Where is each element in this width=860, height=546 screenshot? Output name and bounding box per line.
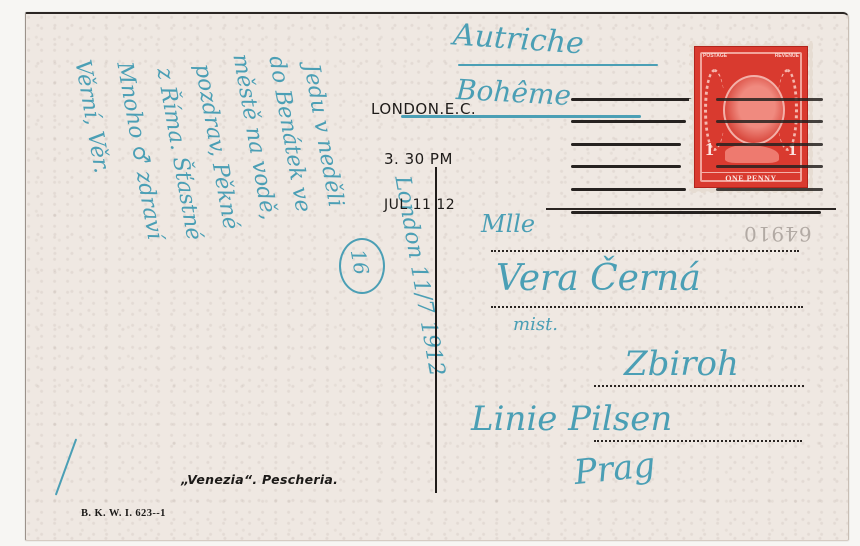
postmark-date: JUL 11 12 — [384, 197, 455, 213]
cancellation-line — [716, 143, 823, 146]
cancellation-line — [571, 98, 693, 101]
ink-underline — [458, 64, 658, 66]
stamp-numeral-left: 1 — [705, 139, 714, 160]
country-line: Autriche — [452, 17, 585, 61]
stamp-header: POSTAGE REVENUE — [703, 53, 799, 59]
ink-underline — [401, 115, 641, 118]
address-town: Zbiroh — [624, 344, 739, 384]
address-rule — [491, 250, 799, 252]
cancellation-line — [716, 98, 823, 101]
postmark-time: 3. 30 PM — [384, 150, 453, 168]
publisher-code: B. K. W. I. 623--1 — [81, 508, 166, 519]
circled-number-text: 16 — [346, 247, 374, 276]
ink-stroke — [55, 438, 77, 495]
cancellation-line — [716, 120, 823, 123]
circled-number: 16 — [339, 238, 385, 294]
postage-stamp: POSTAGE REVENUE 1 1 ONE PENNY — [689, 41, 813, 193]
cancellation-line — [571, 211, 821, 214]
address-rule — [491, 306, 803, 308]
address-rule — [546, 208, 836, 210]
address-rule — [594, 440, 802, 442]
cancellation-line — [716, 165, 823, 168]
image-caption: „Venezia“. Pescheria. — [181, 472, 338, 487]
address-sub: mist. — [513, 314, 558, 335]
pencil-note: 64910 — [743, 222, 812, 246]
cancellation-line — [571, 188, 686, 191]
address-salutation: Mlle — [481, 210, 535, 238]
postcard: Jedu v neděli do Benátek ve městě na vod… — [25, 12, 849, 541]
cancellation-line — [571, 120, 686, 123]
address-route: Linie Pilsen — [471, 399, 672, 439]
country-line: Bohême — [455, 73, 572, 112]
message-line: Věrní, Věr. — [69, 58, 114, 175]
address-rule — [594, 385, 804, 387]
cancellation-line — [571, 143, 681, 146]
lion-icon — [725, 145, 779, 163]
king-portrait-icon — [723, 75, 785, 145]
cancellation-line — [571, 165, 681, 168]
address-name: Vera Černá — [496, 258, 701, 299]
address-city: Prag — [572, 445, 657, 493]
center-divider — [435, 167, 437, 493]
cancellation-line — [716, 188, 823, 191]
stamp-postage-label: POSTAGE — [703, 53, 727, 59]
stamp-value: ONE PENNY — [701, 172, 801, 183]
stamp-revenue-label: REVENUE — [775, 53, 799, 59]
